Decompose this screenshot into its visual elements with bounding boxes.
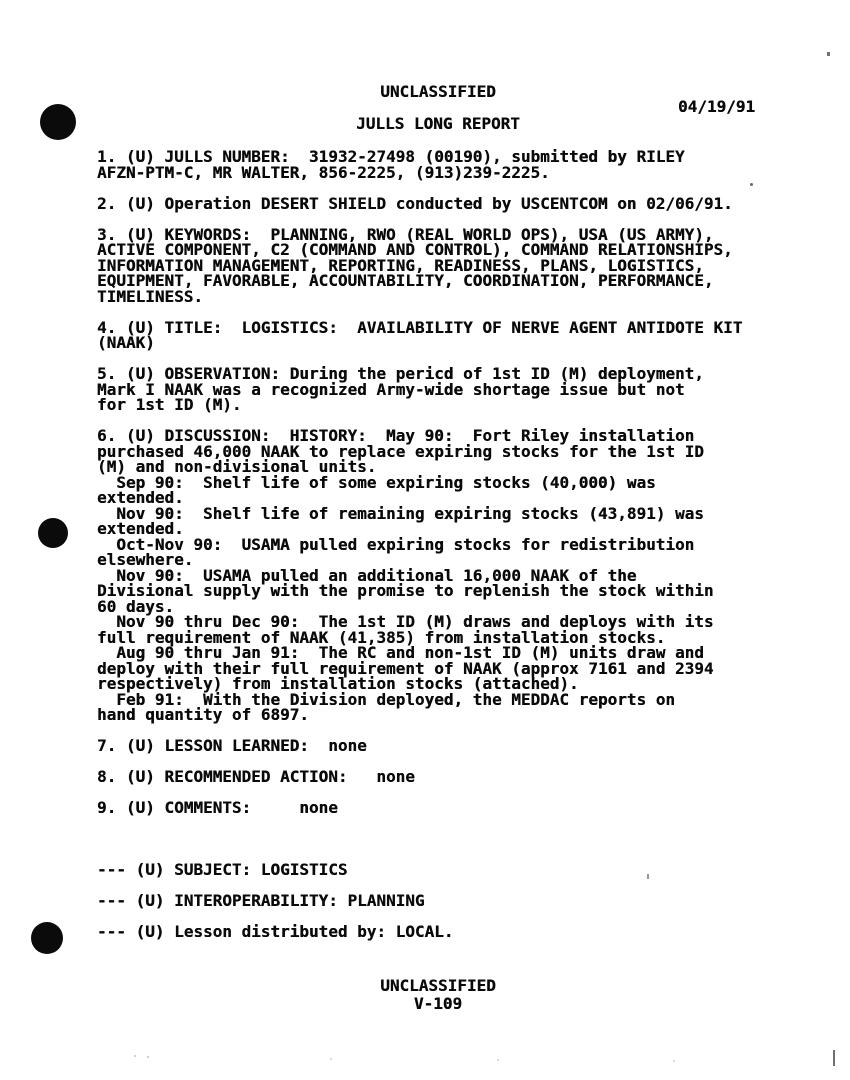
report-body-text: 1. (U) JULLS NUMBER: 31932-27498 (00190)… xyxy=(97,149,742,940)
scan-edge-artifact xyxy=(833,1050,835,1066)
report-title: JULLS LONG REPORT xyxy=(97,117,779,130)
scan-speck xyxy=(497,1059,499,1061)
page-footer: UNCLASSIFIED V-109 xyxy=(97,977,779,1012)
hole-punch-middle xyxy=(38,518,68,548)
scan-speck xyxy=(827,52,830,56)
scanned-document-page: UNCLASSIFIED 04/19/91 JULLS LONG REPORT … xyxy=(0,0,850,1080)
report-date: 04/19/91 xyxy=(678,100,755,113)
scan-speck xyxy=(750,183,753,186)
scan-speck xyxy=(134,1055,136,1057)
scan-speck xyxy=(330,1058,332,1060)
scan-speck xyxy=(147,1056,149,1058)
hole-punch-bottom xyxy=(31,922,63,954)
scan-speck xyxy=(673,1060,675,1062)
scan-speck xyxy=(647,874,649,879)
classification-banner-bottom: UNCLASSIFIED xyxy=(97,977,779,995)
classification-banner-top: UNCLASSIFIED xyxy=(97,85,779,98)
hole-punch-top xyxy=(40,104,76,140)
page-number: V-109 xyxy=(97,995,779,1013)
